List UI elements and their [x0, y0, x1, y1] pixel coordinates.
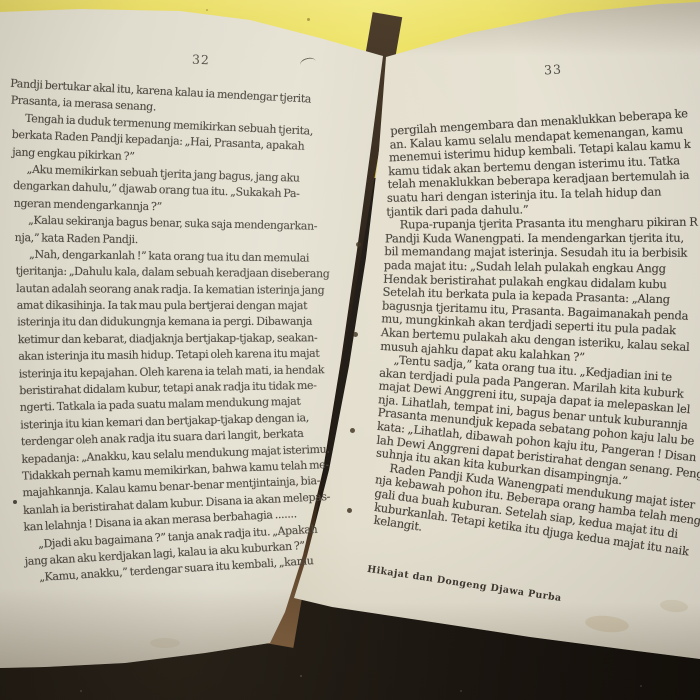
binding-stitch-dot [353, 332, 358, 337]
paper-stain [150, 638, 180, 648]
text-line: amat dikasihinja. Ia tak mau pula bertje… [17, 298, 369, 315]
photo-of-open-book: { "photo": { "scene": "open old book pho… [0, 0, 700, 700]
surface-speck [640, 685, 642, 687]
cloth-speck [206, 9, 208, 11]
left-page-text: Pandji bertukar akal itu, karena kalau i… [8, 85, 360, 577]
surface-speck [300, 675, 302, 677]
binding-stitch-dot [350, 428, 355, 433]
surface-speck [460, 690, 462, 692]
margin-dot-mark [13, 500, 17, 504]
text-line: Pandji Kuda Wanengpati. Ia mendengarkan … [385, 230, 700, 245]
text-line: Rupa-rupanja tjerita Prasanta itu mengha… [386, 215, 700, 233]
right-page-text: pergilah mengembara dan menaklukkan bebe… [380, 114, 700, 552]
left-page-number: 32 [192, 52, 210, 68]
text-line: lautan adalah seorang anak radja. Ia kem… [16, 281, 368, 299]
surface-speck [80, 690, 82, 692]
right-page-number: 33 [544, 62, 563, 78]
binding-stitch-dot [347, 508, 352, 513]
cloth-speck [307, 18, 310, 21]
text-line: isterinja itu dan didukungnja kemana ia … [17, 314, 369, 331]
binding-stitch-dot [356, 242, 361, 247]
